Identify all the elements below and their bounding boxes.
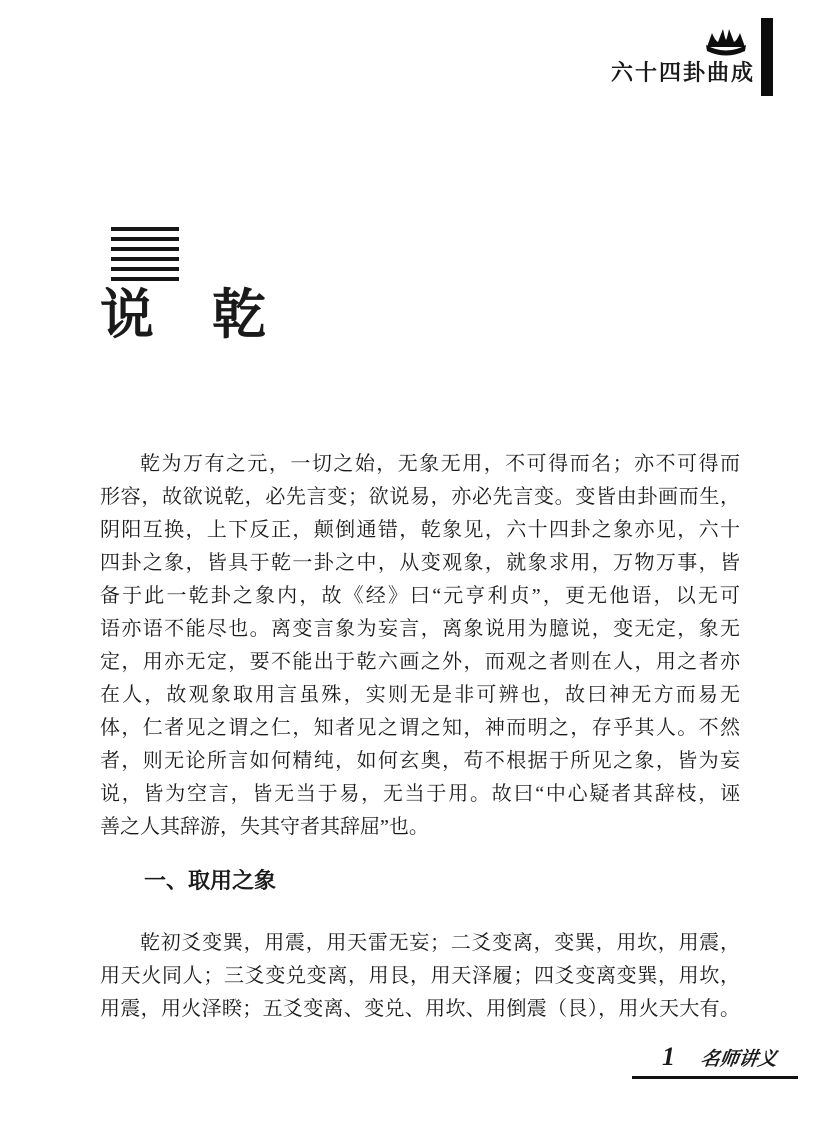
hexagram-line xyxy=(111,267,179,271)
running-title: 六十四卦曲成 xyxy=(611,56,755,87)
page-number: 1 xyxy=(662,1042,675,1072)
edge-bar-icon xyxy=(761,18,773,96)
body-text: 乾为万有之元，一切之始，无象无用，不可得而名；亦不可得而 形容，故欲说乾，必先言… xyxy=(100,448,740,1026)
text-line: 语亦语不能尽也。离变言象为妄言，离象说用为臆说，变无定，象无 xyxy=(100,613,740,646)
hexagram-line xyxy=(111,257,179,261)
text-line: 乾为万有之元，一切之始，无象无用，不可得而名；亦不可得而 xyxy=(100,448,740,481)
hexagram-line xyxy=(111,247,179,251)
text-line: 说，皆为空言，皆无当于易，无当于用。故曰“中心疑者其辞枝，诬 xyxy=(100,778,740,811)
text-line: 备于此一乾卦之象内，故《经》曰“元亨利贞”，更无他语，以无可 xyxy=(100,580,740,613)
hexagram-line xyxy=(111,237,179,241)
page-footer: 1 名师讲义 xyxy=(632,1042,798,1079)
text-line: 用震，用火泽睽；五爻变离、变兑、用坎、用倒震（艮），用火天大有。 xyxy=(100,993,740,1026)
paragraph: 乾初爻变巽，用震，用天雷无妄；二爻变离，变巽，用坎，用震， 用天火同人；三爻变兑… xyxy=(100,927,740,1026)
series-title-script: 名师讲义 xyxy=(699,1044,779,1071)
text-line: 乾初爻变巽，用震，用天雷无妄；二爻变离，变巽，用坎，用震， xyxy=(100,927,740,960)
text-line: 四卦之象，皆具于乾一卦之中，从变观象，就象求用，万物万事，皆 xyxy=(100,547,740,580)
text-line: 形容，故欲说乾，必先言变；欲说易，亦必先言变。变皆由卦画而生， xyxy=(100,481,740,514)
text-line: 定，用亦无定，要不能出于乾六画之外，而观之者则在人，用之者亦 xyxy=(100,646,740,679)
text-line: 在人，故观象取用言虽殊，实则无是非可辨也，故曰神无方而易无 xyxy=(100,679,740,712)
scanned-book-page: 六十四卦曲成 说 乾 乾为万有之元，一切之始，无象无用，不可得而名；亦不可得而 … xyxy=(0,0,813,1148)
crown-icon xyxy=(703,26,749,58)
text-line: 阴阳互换，上下反正，颠倒通错，乾象见，六十四卦之象亦见，六十 xyxy=(100,514,740,547)
hexagram-line xyxy=(111,227,179,231)
text-line: 用天火同人；三爻变兑变离，用艮，用天泽履；四爻变离变巽，用坎， xyxy=(100,960,740,993)
text-line: 体，仁者见之谓之仁，知者见之谓之知，神而明之，存乎其人。不然 xyxy=(100,712,740,745)
text-line: 善之人其辞游，失其守者其辞屈”也。 xyxy=(100,811,740,844)
chapter-title: 说 乾 xyxy=(100,272,268,349)
section-heading: 一、取用之象 xyxy=(144,864,740,897)
text-line: 者，则无论所言如何精纯，如何玄奥，苟不根据于所见之象，皆为妄 xyxy=(100,745,740,778)
